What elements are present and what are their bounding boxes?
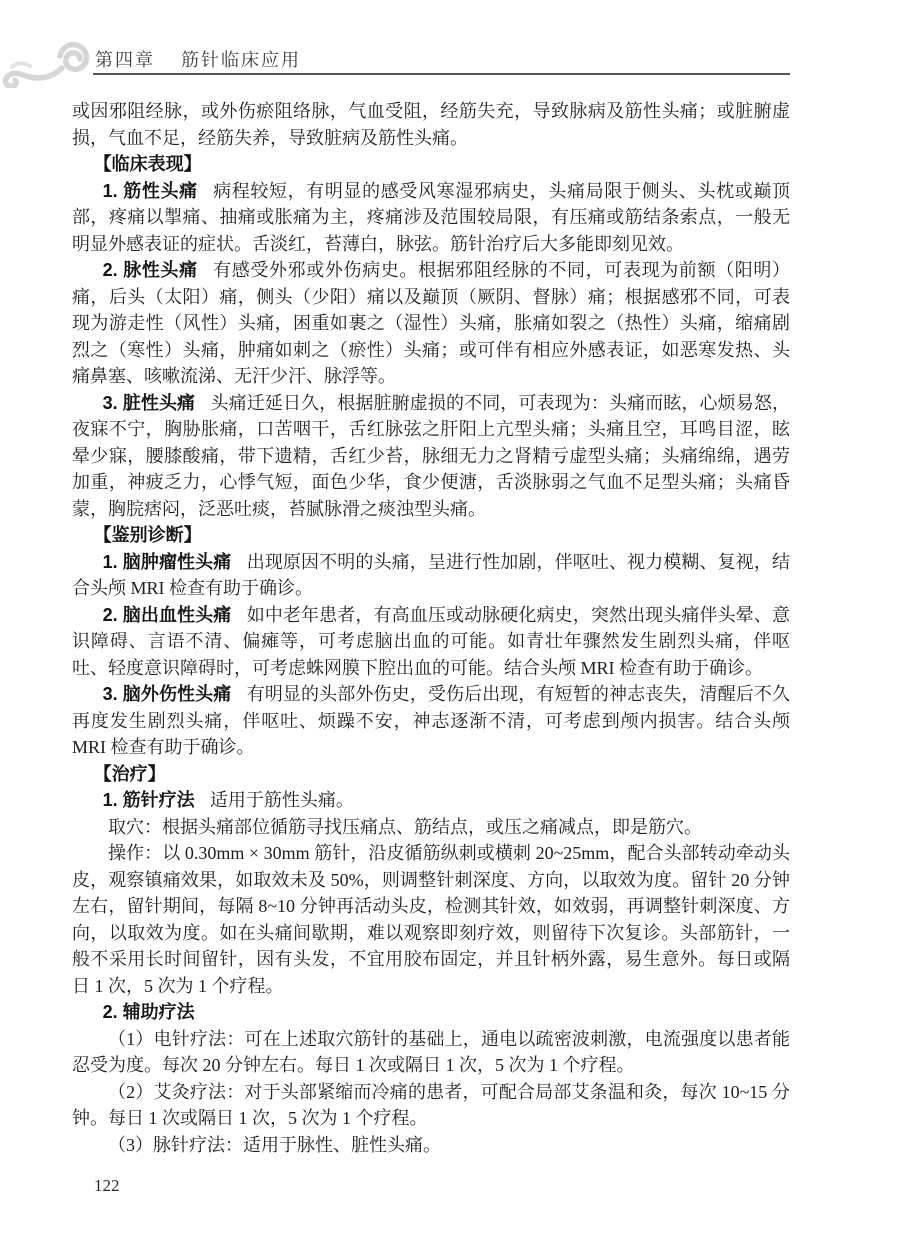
- book-page: 第四章筋针临床应用 或因邪阻经脉，或外伤瘀阻络脉，气血受阻，经筋失充，导致脉病及…: [0, 0, 900, 1245]
- paragraph-operation: 操作：以 0.30mm × 30mm 筋针，沿皮循筋纵刺或横刺 20~25mm，…: [72, 840, 790, 999]
- item-auxiliary-therapy: 2. 辅助疗法: [72, 999, 790, 1026]
- item-label: 1. 筋性头痛: [103, 181, 198, 201]
- paragraph-mai-needle: （3）脉针疗法：适用于脉性、脏性头痛。: [72, 1132, 790, 1159]
- chapter-number: 第四章: [95, 50, 155, 70]
- page-number: 122: [94, 1176, 120, 1196]
- item-label: 1. 筋针疗法: [103, 790, 195, 810]
- paragraph-point-selection: 取穴：根据头痛部位循筋寻找压痛点、筋结点，或压之痛减点，即是筋穴。: [72, 814, 790, 841]
- item-label: 3. 脏性头痛: [103, 393, 196, 413]
- cloud-motif-icon: [0, 36, 92, 88]
- item-mai-headache: 2. 脉性头痛有感受外邪或外伤病史。根据邪阻经脉的不同，可表现为前额（阳明）痛，…: [72, 257, 790, 390]
- paragraph-moxibustion: （2）艾灸疗法：对于头部紧缩而冷痛的患者，可配合局部艾条温和灸，每次 10~15…: [72, 1079, 790, 1132]
- section-heading-differential: 【鉴别诊断】: [72, 522, 790, 549]
- page-body: 或因邪阻经脉，或外伤瘀阻络脉，气血受阻，经筋失充，导致脉病及筋性头痛；或脏腑虚损…: [72, 98, 790, 1158]
- item-zang-headache: 3. 脏性头痛头痛迁延日久，根据脏腑虚损的不同，可表现为：头痛而眩，心烦易怒，夜…: [72, 390, 790, 523]
- item-text: 适用于筋性头痛。: [210, 790, 354, 810]
- chapter-title: 筋针临床应用: [181, 50, 301, 70]
- item-brain-hemorrhage-headache: 2. 脑出血性头痛如中老年患者，有高血压或动脉硬化病史，突然出现头痛伴头晕、意识…: [72, 602, 790, 682]
- item-label: 2. 辅助疗法: [103, 1002, 195, 1022]
- section-heading-treatment: 【治疗】: [72, 761, 790, 788]
- paragraph-intro: 或因邪阻经脉，或外伤瘀阻络脉，气血受阻，经筋失充，导致脉病及筋性头痛；或脏腑虚损…: [72, 98, 790, 151]
- header-rule: [93, 73, 790, 75]
- paragraph-electro-needle: （1）电针疗法：可在上述取穴筋针的基础上，通电以疏密波刺激，电流强度以患者能忍受…: [72, 1026, 790, 1079]
- item-label: 1. 脑肿瘤性头痛: [103, 552, 232, 572]
- item-brain-tumor-headache: 1. 脑肿瘤性头痛出现原因不明的头痛，呈进行性加剧，伴呕吐、视力模糊、复视，结合…: [72, 549, 790, 602]
- running-head: 第四章筋针临床应用: [95, 46, 301, 72]
- item-jin-headache: 1. 筋性头痛病程较短，有明显的感受风寒湿邪病史，头痛局限于侧头、头枕或巅顶部，…: [72, 178, 790, 258]
- section-heading-clinical: 【临床表现】: [72, 151, 790, 178]
- page-header: 第四章筋针临床应用: [0, 0, 900, 90]
- item-label: 2. 脑出血性头痛: [103, 605, 232, 625]
- item-label: 3. 脑外伤性头痛: [103, 684, 232, 704]
- item-label: 2. 脉性头痛: [103, 260, 198, 280]
- item-jin-needle-therapy: 1. 筋针疗法适用于筋性头痛。: [72, 787, 790, 814]
- item-brain-trauma-headache: 3. 脑外伤性头痛有明显的头部外伤史，受伤后出现，有短暂的神志丧失，清醒后不久再…: [72, 681, 790, 761]
